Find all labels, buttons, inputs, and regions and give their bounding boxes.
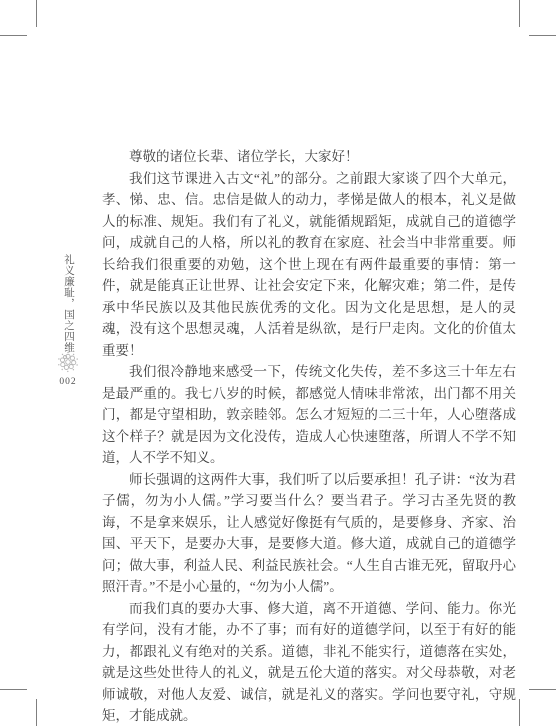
paragraph-lesson-intro: 我们这节课进入古文“礼”的部分。之前跟大家谈了四个大单元，孝、悌、忠、信。忠信是… xyxy=(102,168,516,362)
crop-mark-bottom-left-horizontal xyxy=(0,689,27,690)
crop-mark-top-left-vertical xyxy=(36,0,37,27)
paragraph-culture-loss: 我们很冷静地来感受一下，传统文化失传，差不多这三十年左右是最严重的。我七八岁的时… xyxy=(102,361,516,469)
crop-mark-top-left-horizontal xyxy=(0,35,27,36)
paragraph-liyi-conclusion: 而我们真的要办大事、修大道，离不开道德、学问、能力。你光有学问，没有才能，办不了… xyxy=(102,598,516,726)
rosette-icon xyxy=(56,350,80,374)
book-title-vertical: 礼义廉耻，国之四维 xyxy=(54,254,82,354)
paragraph-greeting: 尊敬的诸位长辈、诸位学长，大家好！ xyxy=(102,146,516,168)
crop-mark-bottom-right-horizontal xyxy=(529,689,556,690)
crop-mark-top-right-vertical xyxy=(519,0,520,27)
page-number: 002 xyxy=(40,377,96,387)
crop-mark-bottom-right-vertical xyxy=(519,699,520,726)
crop-mark-top-right-horizontal xyxy=(529,35,556,36)
paragraph-junzi-ru: 师长强调的这两件大事，我们听了以后要承担！孔子讲：“汝为君子儒，勿为小人儒。”学… xyxy=(102,469,516,598)
crop-mark-bottom-left-vertical xyxy=(36,699,37,726)
book-page: 礼义廉耻，国之四维 xyxy=(0,0,556,726)
page-content: 尊敬的诸位长辈、诸位学长，大家好！ 我们这节课进入古文“礼”的部分。之前跟大家谈… xyxy=(102,146,516,726)
